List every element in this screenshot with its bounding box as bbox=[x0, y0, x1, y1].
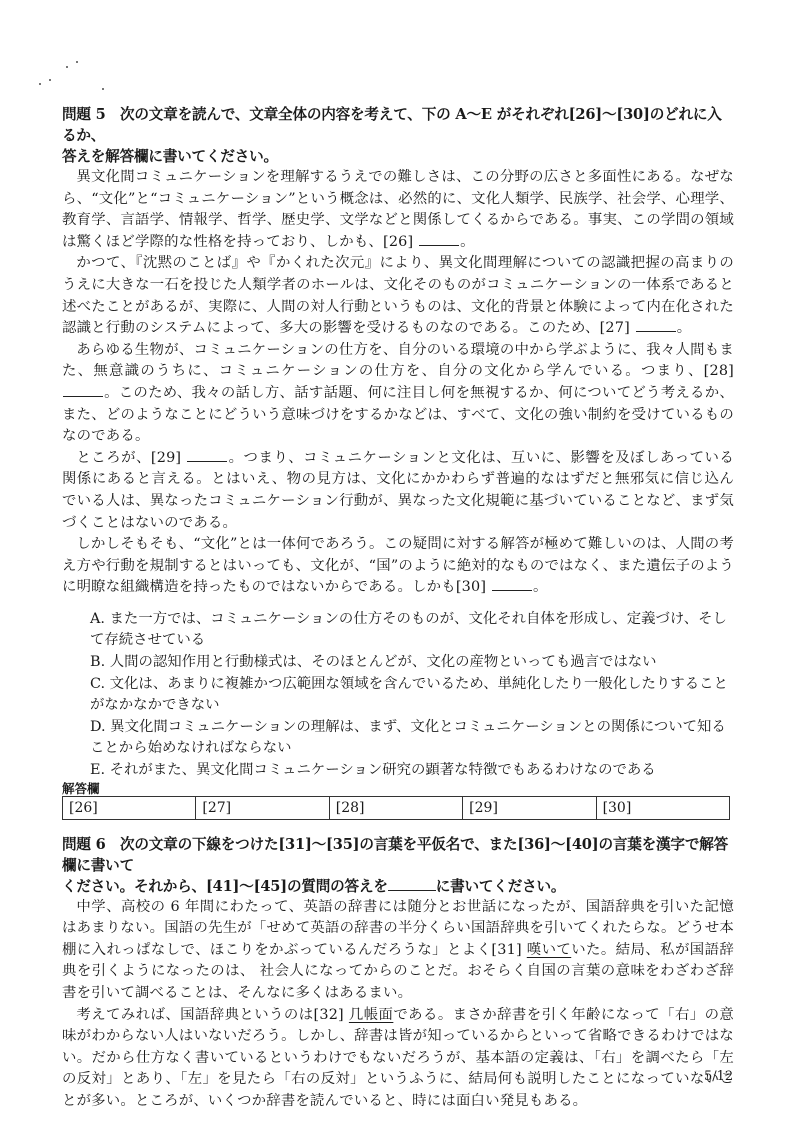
blank-line-26 bbox=[419, 233, 459, 246]
option-b: B. 人間の認知作用と行動様式は、そのほとんどが、文化の産物といっても過言ではな… bbox=[90, 652, 734, 674]
page-number: 5/12 bbox=[704, 1069, 733, 1084]
q5-paragraph-5: しかしそもそも、“文化”とは一体何であろう。この疑問に対する解答が極めて難しいの… bbox=[62, 534, 734, 599]
blank-marker-28: [28] bbox=[704, 363, 734, 379]
item-marker-31: [31] bbox=[491, 942, 526, 958]
question-6-title: 問題 6 次の文章の下線をつけた[31]〜[35]の言葉を平仮名で、また[36]… bbox=[62, 834, 734, 897]
blank-line-30 bbox=[492, 578, 532, 591]
blank-line-27 bbox=[636, 319, 676, 332]
paragraph-text: かつて、『沈黙のことば』や『かくれた次元』により、異文化間理解についての認識把握… bbox=[62, 255, 734, 336]
q6-paragraph-1: 中学、高校の 6 年間にわたって、英語の辞書には随分とお世話になったが、国語辞典… bbox=[62, 897, 734, 1005]
q6-paragraph-2: 考えてみれば、国語辞典というのは[32] 几帳面である。まさか辞書を引く年齢にな… bbox=[62, 1005, 734, 1113]
exam-page: 問題 5 次の文章を読んで、文章全体の内容を考えて、下の A〜E がそれぞれ[2… bbox=[62, 104, 734, 1113]
answer-cell-26[interactable]: [26] bbox=[63, 796, 196, 819]
question-5-title-line2: 答えを解答欄に書いてください。 bbox=[62, 148, 278, 165]
option-c: C. 文化は、あまりに複雑かつ広範囲な領域を含んでいるため、単純化したり一般化し… bbox=[90, 674, 734, 717]
item-marker-32: [32] bbox=[314, 1007, 349, 1023]
blank-marker-26: [26] bbox=[383, 234, 413, 250]
underlined-word-32: 几帳面 bbox=[349, 1007, 393, 1023]
paragraph-text: しかしそもそも、“文化”とは一体何であろう。この疑問に対する解答が極めて難しいの… bbox=[62, 536, 734, 595]
q5-paragraph-4: ところが、[29] 。つまり、コミュニケーションと文化は、互いに、影響を及ぼしあ… bbox=[62, 448, 734, 534]
question-5-title: 問題 5 次の文章を読んで、文章全体の内容を考えて、下の A〜E がそれぞれ[2… bbox=[62, 104, 734, 167]
underlined-word-31: 嘆いて bbox=[527, 942, 571, 958]
q5-paragraph-2: かつて、『沈黙のことば』や『かくれた次元』により、異文化間理解についての認識把握… bbox=[62, 253, 734, 339]
answer-cell-28[interactable]: [28] bbox=[329, 796, 462, 819]
q5-paragraph-1: 異文化間コミュニケーションを理解するうえでの難しさは、この分野の広さと多面性にあ… bbox=[62, 167, 734, 253]
option-a: A. また一方では、コミュニケーションの仕方そのものが、文化それ自体を形成し、定… bbox=[90, 609, 734, 652]
paragraph-text: 。 bbox=[460, 234, 475, 250]
paragraph-text: ところが、 bbox=[76, 450, 151, 466]
paragraph-text: 。 bbox=[533, 579, 548, 595]
option-e: E. それがまた、異文化間コミュニケーション研究の顕著な特徴でもあるわけなのであ… bbox=[90, 760, 734, 782]
answer-options: A. また一方では、コミュニケーションの仕方そのものが、文化それ自体を形成し、定… bbox=[90, 609, 734, 782]
question-6-title-line2-end: に書いてください。 bbox=[436, 878, 566, 895]
speck bbox=[66, 66, 68, 68]
question-5-title-line1: 問題 5 次の文章を読んで、文章全体の内容を考えて、下の A〜E がそれぞれ[2… bbox=[62, 106, 722, 144]
answer-table: [26] [27] [28] [29] [30] bbox=[62, 796, 730, 820]
answer-blank-line bbox=[388, 878, 436, 891]
paragraph-text: あらゆる生物が、コミュニケーションの仕方を、自分のいる環境の中から学ぶように、我… bbox=[62, 342, 734, 380]
blank-marker-29: [29] bbox=[151, 450, 181, 466]
speck bbox=[39, 83, 41, 85]
speck bbox=[102, 88, 104, 90]
answer-cell-27[interactable]: [27] bbox=[196, 796, 329, 819]
option-d: D. 異文化間コミュニケーションの理解は、まず、文化とコミュニケーションとの関係… bbox=[90, 717, 734, 760]
scan-specks bbox=[0, 0, 120, 100]
answer-cell-30[interactable]: [30] bbox=[596, 796, 729, 819]
blank-line-28 bbox=[63, 384, 103, 397]
question-5: 問題 5 次の文章を読んで、文章全体の内容を考えて、下の A〜E がそれぞれ[2… bbox=[62, 104, 734, 820]
question-6: 問題 6 次の文章の下線をつけた[31]〜[35]の言葉を平仮名で、また[36]… bbox=[62, 834, 734, 1113]
blank-line-29 bbox=[187, 449, 227, 462]
paragraph-text: 。 bbox=[677, 320, 692, 336]
blank-marker-27: [27] bbox=[600, 320, 630, 336]
paragraph-text: 考えてみれば、国語辞典というのは bbox=[76, 1007, 313, 1023]
question-6-title-line1: 問題 6 次の文章の下線をつけた[31]〜[35]の言葉を平仮名で、また[36]… bbox=[62, 836, 728, 874]
question-6-title-line2: ください。それから、[41]〜[45]の質問の答えを bbox=[62, 878, 388, 895]
answer-cell-29[interactable]: [29] bbox=[463, 796, 596, 819]
speck bbox=[49, 79, 51, 81]
blank-marker-30: [30] bbox=[456, 579, 486, 595]
q5-paragraph-3: あらゆる生物が、コミュニケーションの仕方を、自分のいる環境の中から学ぶように、我… bbox=[62, 340, 734, 448]
speck bbox=[76, 61, 78, 63]
answer-section-label: 解答欄 bbox=[62, 782, 734, 796]
paragraph-text: 。このため、我々の話し方、話す話題、何に注目し何を無視するか、何についてどう考え… bbox=[62, 385, 734, 444]
